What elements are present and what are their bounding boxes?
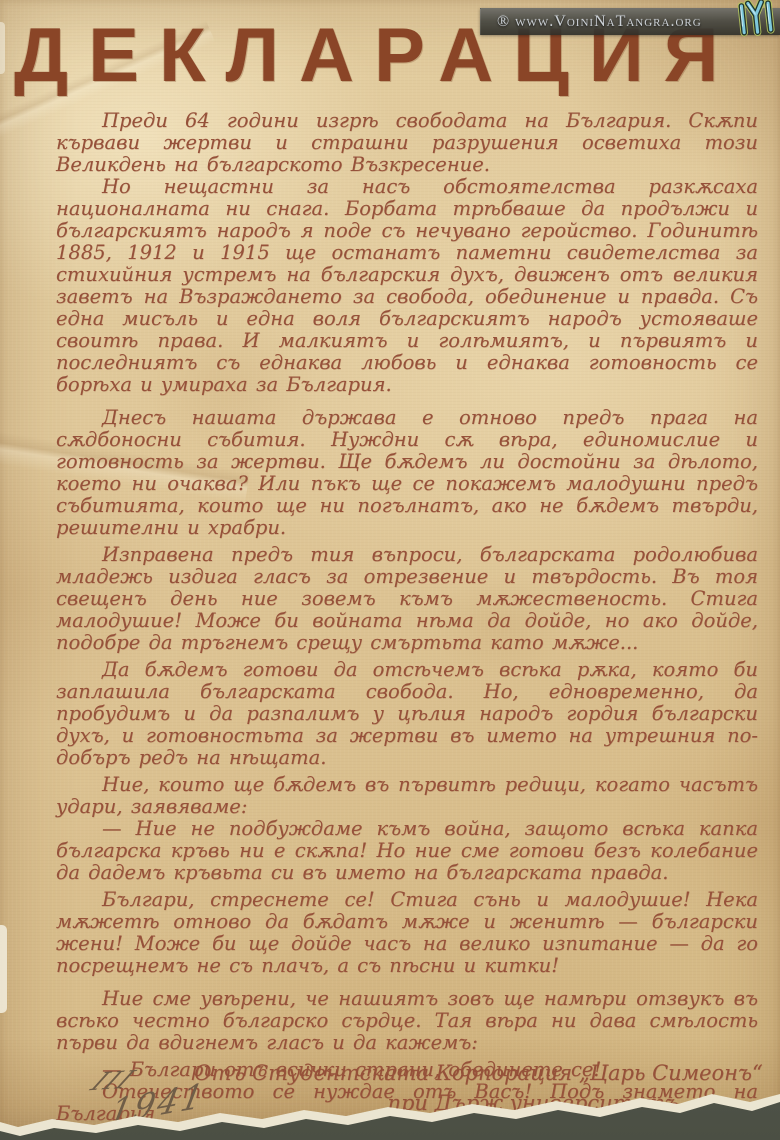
watermark-label: ® www.VoiniNaTangra.org xyxy=(481,13,702,31)
signature-line-1: Отъ Студентската Корпорация „Царь Симеон… xyxy=(185,1058,772,1088)
scanned-photo: ДЕКЛАРАЦИЯ Преди 64 години изгрѣ свобода… xyxy=(0,0,780,1140)
paragraph: Ние сме увѣрени, че нашиятъ зовъ ще намѣ… xyxy=(56,988,758,1054)
body-text: Преди 64 години изгрѣ свободата на Бълга… xyxy=(56,110,758,1140)
paper-sheet: ДЕКЛАРАЦИЯ Преди 64 години изгрѣ свобода… xyxy=(0,0,780,1140)
paragraph: Днесъ нашата държава е отново предъ праг… xyxy=(56,407,758,539)
paragraph: Изправена предъ тия въпроси, българската… xyxy=(56,544,758,654)
paragraph: Да бѫдемъ готови да отсѣчемъ всѣка рѫка,… xyxy=(56,659,758,769)
paragraph: Преди 64 години изгрѣ свободата на Бълга… xyxy=(56,110,758,176)
paragraph: — Ние не подбуждаме къмъ война, защото в… xyxy=(56,818,758,884)
torn-edge-sliver xyxy=(0,925,7,1013)
iyi-tamga-icon xyxy=(735,0,777,38)
paragraph: Българи, стреснете се! Стига сънь и мало… xyxy=(56,889,758,977)
paragraph: Ние, които ще бѫдемъ въ първитѣ редици, … xyxy=(56,774,758,818)
paragraph: Но нещастни за насъ обстоятелства разкѫс… xyxy=(56,176,758,396)
